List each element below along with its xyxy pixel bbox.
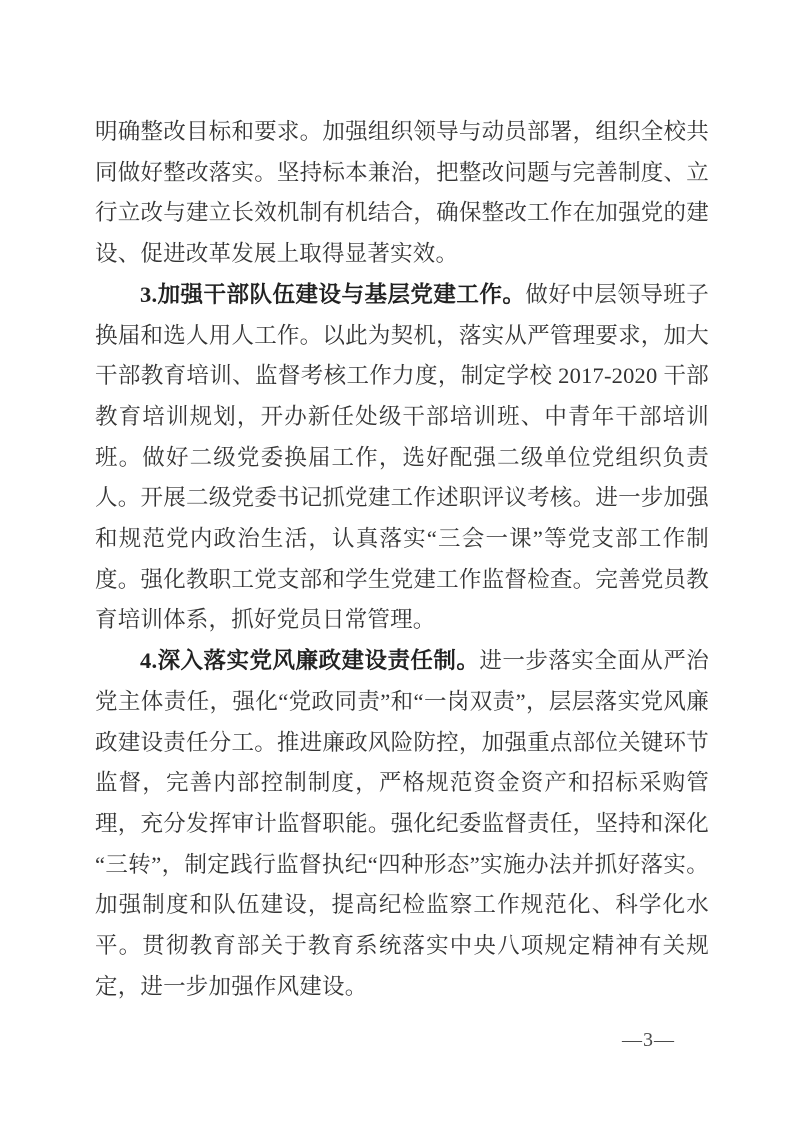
paragraph-continued-text: 明确整改目标和要求。加强组织领导与动员部署，组织全校共同做好整改落实。坚持标本兼… [95, 119, 709, 266]
paragraph-section-3-heading: 3.加强干部队伍建设与基层党建工作。 [140, 282, 525, 307]
paragraph-section-4-text: 进一步落实全面从严治党主体责任，强化“党政同责”和“一岗双责”，层层落实党风廉政… [95, 648, 709, 999]
document-body-text: 明确整改目标和要求。加强组织领导与动员部署，组织全校共同做好整改落实。坚持标本兼… [95, 112, 709, 1007]
paragraph-section-4-heading: 4.深入落实党风廉政建设责任制。 [140, 648, 479, 673]
page-number: —3— [622, 1028, 675, 1052]
paragraph-section-4: 4.深入落实党风廉政建设责任制。进一步落实全面从严治党主体责任，强化“党政同责”… [95, 641, 709, 1007]
paragraph-section-3: 3.加强干部队伍建设与基层党建工作。做好中层领导班子换届和选人用人工作。以此为契… [95, 275, 709, 641]
document-page: 明确整改目标和要求。加强组织领导与动员部署，组织全校共同做好整改落实。坚持标本兼… [0, 0, 800, 1134]
paragraph-continued: 明确整改目标和要求。加强组织领导与动员部署，组织全校共同做好整改落实。坚持标本兼… [95, 112, 709, 275]
paragraph-section-3-text: 做好中层领导班子换届和选人用人工作。以此为契机，落实从严管理要求，加大干部教育培… [95, 282, 709, 633]
